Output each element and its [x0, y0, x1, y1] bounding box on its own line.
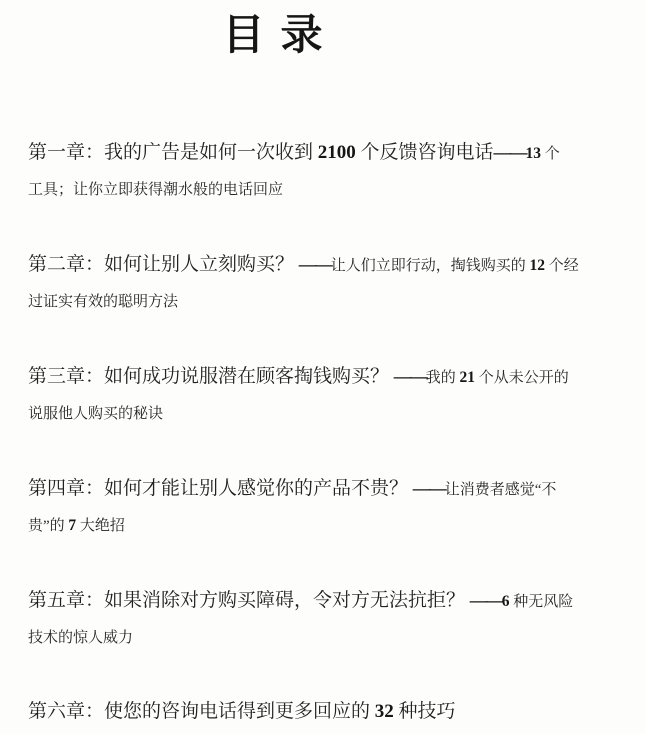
chapter-number: 6	[502, 593, 510, 610]
chapter-text: 个反馈咨询电话	[356, 142, 494, 163]
toc-line: 工具；让你立即获得潮水般的电话回应	[28, 172, 631, 208]
toc-line: 过证实有效的聪明方法	[28, 284, 631, 320]
chapter-text: 第四章：如何才能让别人感觉你的产品不贵？	[28, 478, 413, 499]
chapter-text: 贵”的	[28, 518, 68, 534]
chapter-text: 第五章：如果消除对方购买障碍，令对方无法抗拒？	[28, 590, 470, 611]
chapter-text: 个从未公开的	[475, 370, 569, 386]
em-dash: ——	[299, 254, 331, 274]
toc-entry: 第二章：如何让别人立刻购买？ ——让人们立即行动，掏钱购买的 12 个经过证实有…	[28, 246, 631, 320]
chapter-number: 12	[530, 257, 546, 274]
chapter-text: 我的	[426, 370, 460, 386]
chapter-number: 2100	[318, 142, 356, 163]
chapter-text: 大绝招	[76, 518, 125, 534]
title-area: 目录	[0, 0, 645, 64]
toc-line: 第五章：如果消除对方购买障碍，令对方无法抗拒？ ——6 种无风险	[28, 582, 631, 620]
chapter-text: 个	[541, 146, 560, 162]
toc-line: 第四章：如何才能让别人感觉你的产品不贵？ ——让消费者感觉“不	[28, 470, 631, 508]
toc-entry: 第四章：如何才能让别人感觉你的产品不贵？ ——让消费者感觉“不贵”的 7 大绝招	[28, 470, 631, 544]
toc-line: 说服他人购买的秘诀	[28, 396, 631, 432]
chapter-text: 让消费者感觉“不	[445, 482, 557, 498]
em-dash: ——	[494, 142, 526, 162]
chapter-text: 工具；让你立即获得潮水般的电话回应	[28, 182, 283, 198]
chapter-text: 第二章：如何让别人立刻购买？	[28, 254, 299, 275]
toc-list: 第一章：我的广告是如何一次收到 2100 个反馈咨询电话——13 个工具；让你立…	[0, 134, 645, 731]
chapter-text: 个经	[545, 258, 579, 274]
chapter-text: 说服他人购买的秘诀	[28, 406, 163, 422]
toc-entry: 第五章：如果消除对方购买障碍，令对方无法抗拒？ ——6 种无风险技术的惊人威力	[28, 582, 631, 656]
page-title: 目录	[222, 8, 338, 64]
em-dash: ——	[413, 478, 445, 498]
chapter-text: 过证实有效的聪明方法	[28, 294, 178, 310]
toc-line: 贵”的 7 大绝招	[28, 508, 631, 544]
chapter-text: 第三章：如何成功说服潜在顾客掏钱购买？	[28, 366, 394, 387]
chapter-text: 种无风险	[510, 594, 574, 610]
chapter-number: 21	[460, 369, 476, 386]
chapter-text: 让人们立即行动，掏钱购买的	[331, 258, 530, 274]
chapter-number: 32	[375, 701, 394, 722]
chapter-text: 技术的惊人威力	[28, 630, 133, 646]
chapter-text: 第一章：我的广告是如何一次收到	[28, 142, 318, 163]
toc-entry: 第三章：如何成功说服潜在顾客掏钱购买？ ——我的 21 个从未公开的说服他人购买…	[28, 358, 631, 432]
chapter-text: 第六章：使您的咨询电话得到更多回应的	[28, 701, 375, 722]
toc-entry: 第六章：使您的咨询电话得到更多回应的 32 种技巧	[28, 694, 631, 731]
toc-entry: 第一章：我的广告是如何一次收到 2100 个反馈咨询电话——13 个工具；让你立…	[28, 134, 631, 208]
toc-line: 第三章：如何成功说服潜在顾客掏钱购买？ ——我的 21 个从未公开的	[28, 358, 631, 396]
toc-line: 技术的惊人威力	[28, 620, 631, 656]
chapter-number: 13	[526, 145, 542, 162]
toc-page: 目录 第一章：我的广告是如何一次收到 2100 个反馈咨询电话——13 个工具；…	[0, 0, 645, 734]
chapter-number: 7	[68, 517, 76, 534]
toc-line: 第二章：如何让别人立刻购买？ ——让人们立即行动，掏钱购买的 12 个经	[28, 246, 631, 284]
em-dash: ——	[470, 590, 502, 610]
toc-line: 第六章：使您的咨询电话得到更多回应的 32 种技巧	[28, 694, 631, 731]
em-dash: ——	[394, 366, 426, 386]
chapter-text: 种技巧	[394, 701, 456, 722]
toc-line: 第一章：我的广告是如何一次收到 2100 个反馈咨询电话——13 个	[28, 134, 631, 172]
